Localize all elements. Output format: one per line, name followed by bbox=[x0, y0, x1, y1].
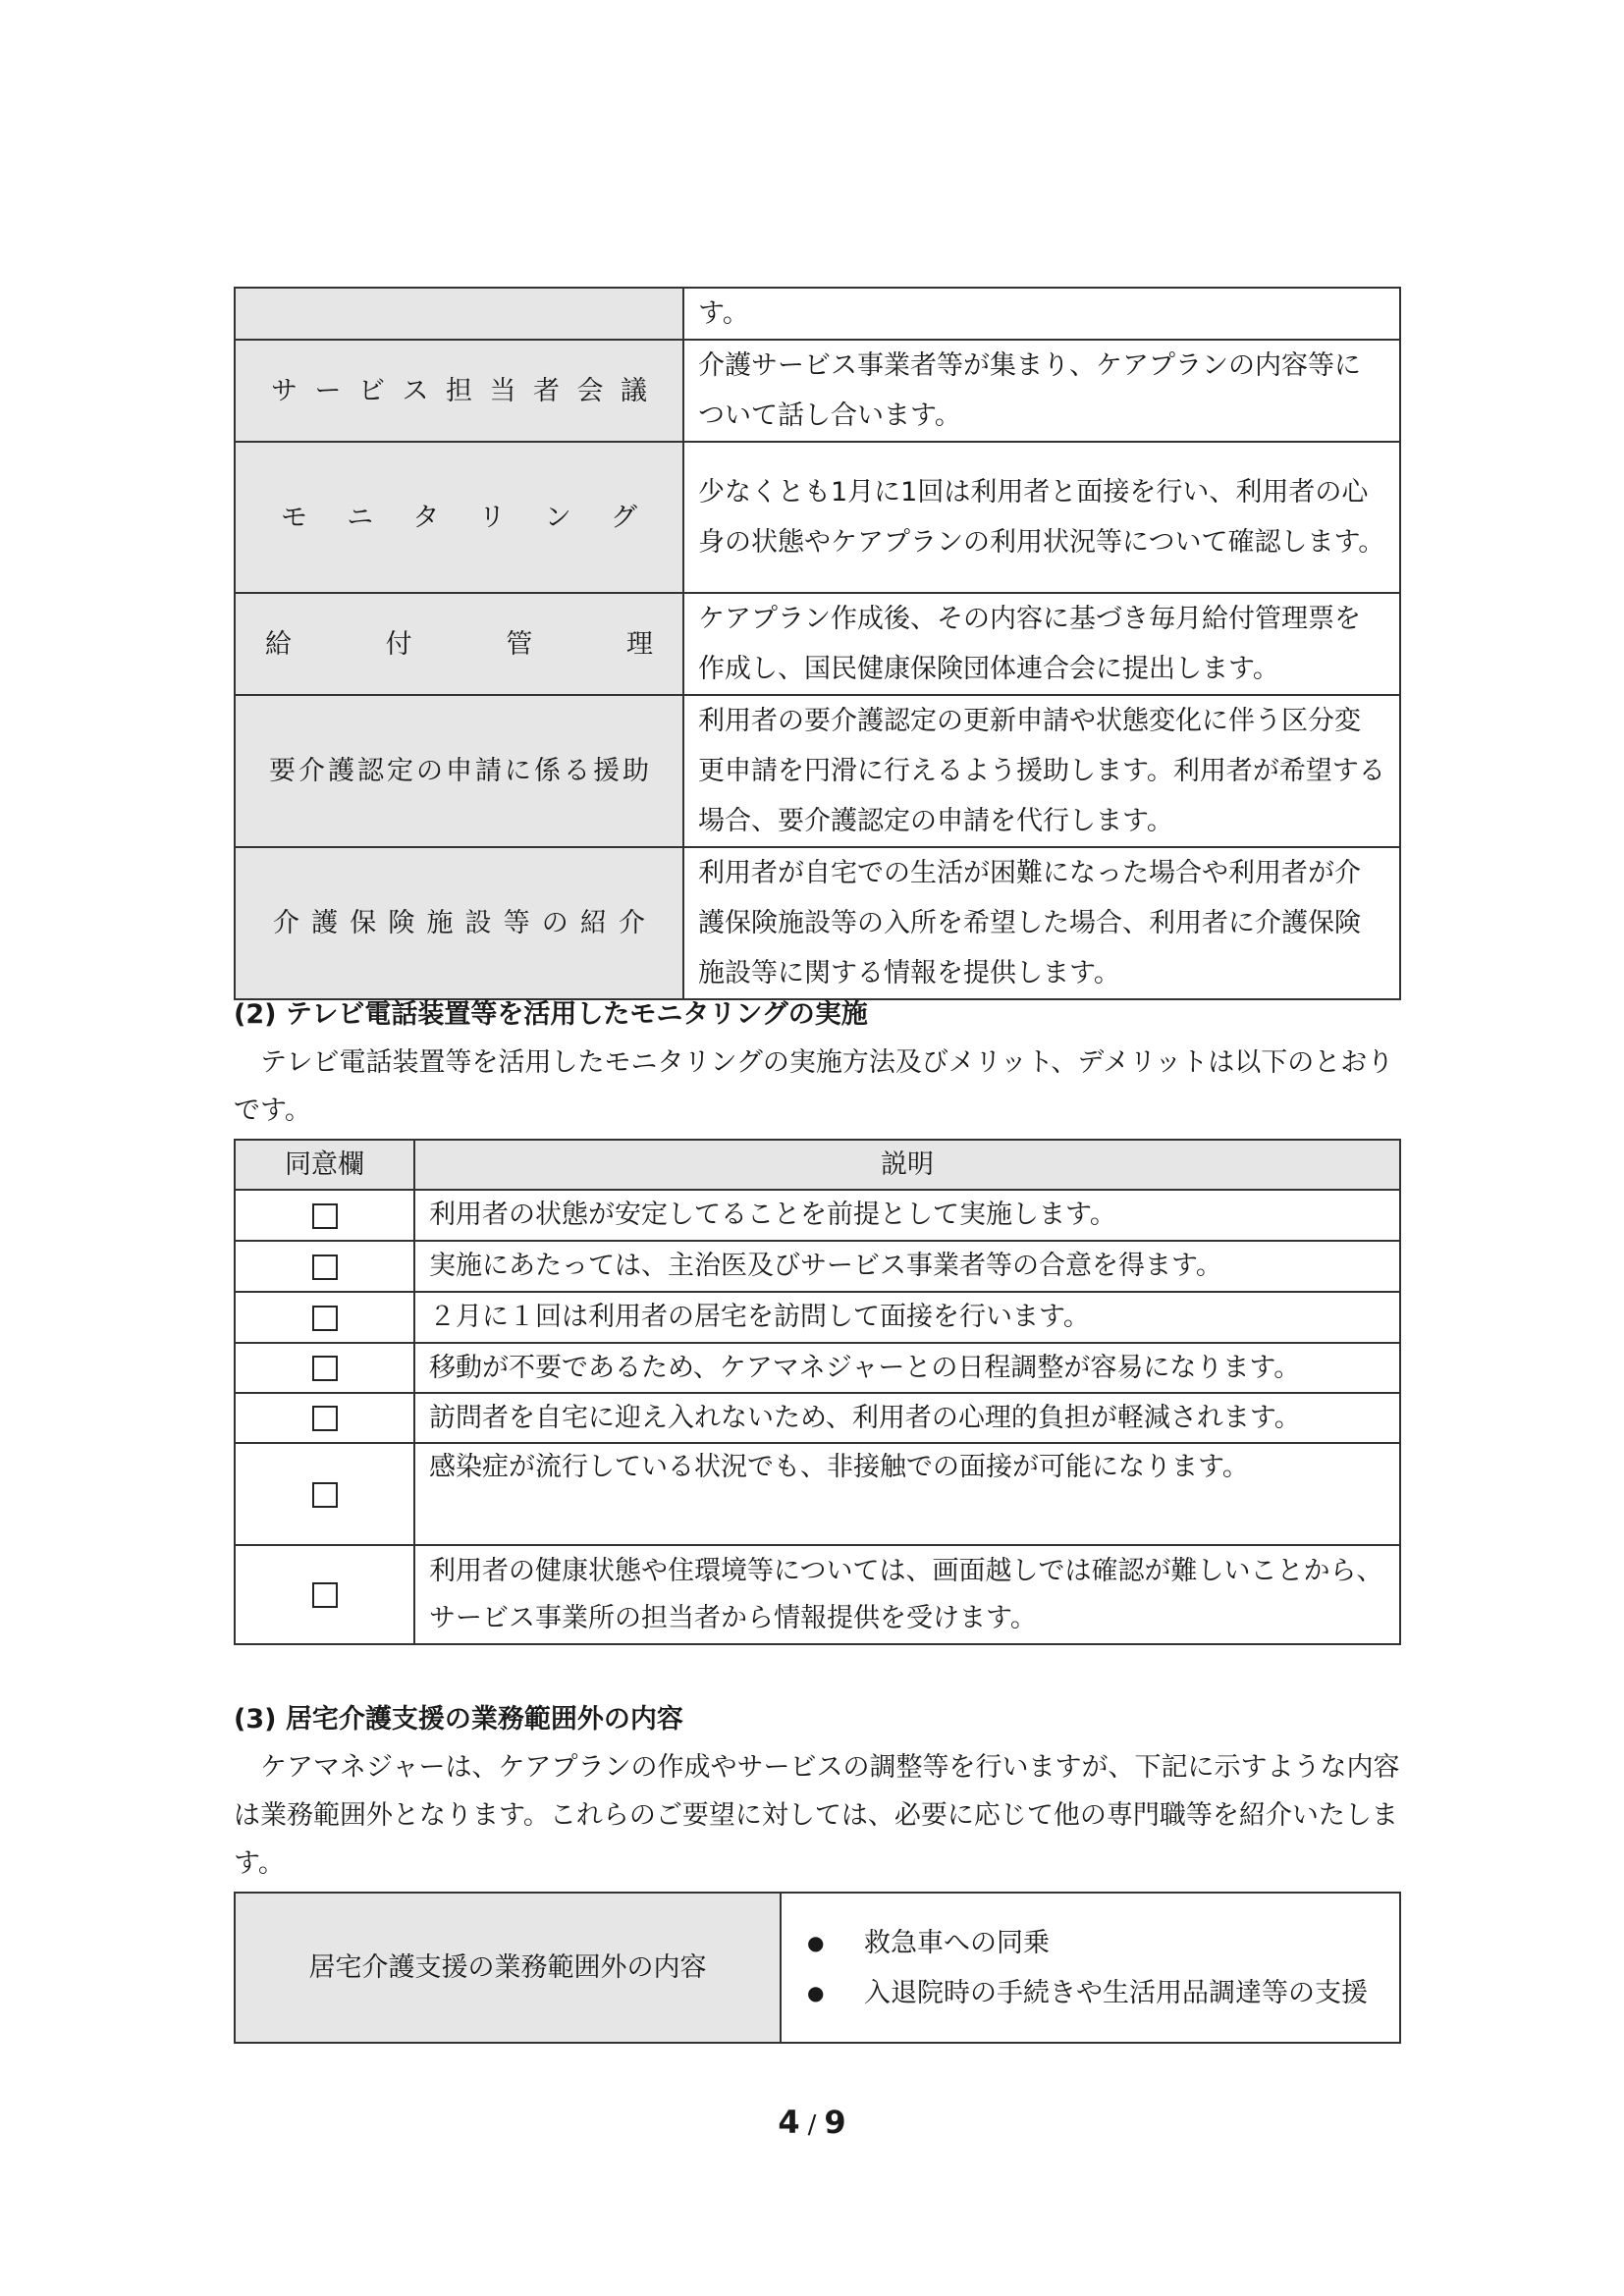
table-row: サービス担当者会議 介護サービス事業者等が集まり、ケアプランの内容等について話し… bbox=[235, 340, 1400, 442]
row-text: 介護サービス事業者等が集まり、ケアプランの内容等について話し合います。 bbox=[683, 340, 1400, 442]
row-text: 少なくとも1月に1回は利用者と面接を行い、利用者の心身の状態やケアプランの利用状… bbox=[683, 442, 1400, 593]
row-label: 給付管理 bbox=[235, 593, 683, 695]
consent-checkbox[interactable] bbox=[312, 1255, 338, 1280]
table-row: 実施にあたっては、主治医及びサービス事業者等の合意を得ます。 bbox=[235, 1241, 1400, 1292]
row-text: 利用者の要介護認定の更新申請や状態変化に伴う区分変更申請を円滑に行えるよう援助し… bbox=[683, 695, 1400, 847]
description-cell: 感染症が流行している状況でも、非接触での面接が可能になります。 bbox=[414, 1443, 1400, 1545]
consent-checkbox[interactable] bbox=[312, 1582, 338, 1608]
description-cell: 訪問者を自宅に迎え入れないため、利用者の心理的負担が軽減されます。 bbox=[414, 1393, 1400, 1443]
section-heading: (3) 居宅介護支援の業務範囲外の内容 bbox=[234, 1700, 683, 1739]
consent-checkbox[interactable] bbox=[312, 1406, 338, 1431]
bullet-icon: ● bbox=[807, 1918, 824, 1968]
document-page: す。 サービス担当者会議 介護サービス事業者等が集まり、ケアプランの内容等につい… bbox=[0, 0, 1624, 2296]
list-item: ● 入退院時の手続きや生活用品調達等の支援 bbox=[795, 1968, 1385, 2018]
page-number: 4/9 bbox=[0, 2104, 1624, 2141]
row-label: 要介護認定の申請に係る援助 bbox=[235, 695, 683, 847]
bullet-icon: ● bbox=[807, 1968, 824, 2018]
current-page: 4 bbox=[778, 2104, 799, 2141]
table-row: 訪問者を自宅に迎え入れないため、利用者の心理的負担が軽減されます。 bbox=[235, 1393, 1400, 1443]
table-row: す。 bbox=[235, 288, 1400, 340]
out-of-scope-list: ● 救急車への同乗 ● 入退院時の手続きや生活用品調達等の支援 bbox=[795, 1918, 1385, 2018]
table-row: 給付管理 ケアプラン作成後、その内容に基づき毎月給付管理票を作成し、国民健康保険… bbox=[235, 593, 1400, 695]
row-text: す。 bbox=[683, 288, 1400, 340]
description-cell: 移動が不要であるため、ケアマネジャーとの日程調整が容易になります。 bbox=[414, 1343, 1400, 1393]
row-label: モニタリング bbox=[235, 442, 683, 593]
label-monitoring: モニタリング bbox=[249, 493, 669, 543]
row-label bbox=[235, 288, 683, 340]
label-certification-assist: 要介護認定の申請に係る援助 bbox=[249, 746, 669, 796]
description-cell: 実施にあたっては、主治医及びサービス事業者等の合意を得ます。 bbox=[414, 1241, 1400, 1292]
consent-cell bbox=[235, 1190, 414, 1241]
consent-cell bbox=[235, 1443, 414, 1545]
table-row: 要介護認定の申請に係る援助 利用者の要介護認定の更新申請や状態変化に伴う区分変更… bbox=[235, 695, 1400, 847]
table-row: 利用者の健康状態や住環境等については、画面越しでは確認が難しいことから、サービス… bbox=[235, 1545, 1400, 1644]
consent-cell bbox=[235, 1343, 414, 1393]
consent-checkbox[interactable] bbox=[312, 1356, 338, 1381]
table-row: ２月に１回は利用者の居宅を訪問して面接を行います。 bbox=[235, 1292, 1400, 1343]
total-pages: 9 bbox=[824, 2104, 845, 2141]
care-services-table: す。 サービス担当者会議 介護サービス事業者等が集まり、ケアプランの内容等につい… bbox=[234, 287, 1401, 1000]
consent-cell bbox=[235, 1292, 414, 1343]
out-of-scope-table: 居宅介護支援の業務範囲外の内容 ● 救急車への同乗 ● 入退院時の手続きや生活用… bbox=[234, 1892, 1401, 2044]
column-header-description: 説明 bbox=[414, 1140, 1400, 1190]
description-cell: ２月に１回は利用者の居宅を訪問して面接を行います。 bbox=[414, 1292, 1400, 1343]
table-row: 感染症が流行している状況でも、非接触での面接が可能になります。 bbox=[235, 1443, 1400, 1545]
table-row: モニタリング 少なくとも1月に1回は利用者と面接を行い、利用者の心身の状態やケア… bbox=[235, 442, 1400, 593]
page-separator: / bbox=[808, 2110, 817, 2140]
table-row: 介護保険施設等の紹介 利用者が自宅での生活が困難になった場合や利用者が介護保険施… bbox=[235, 847, 1400, 999]
label-service-meeting: サービス担当者会議 bbox=[249, 366, 669, 416]
consent-cell bbox=[235, 1393, 414, 1443]
row-label: 介護保険施設等の紹介 bbox=[235, 847, 683, 999]
section-heading: (2) テレビ電話装置等を活用したモニタリングの実施 bbox=[234, 995, 868, 1035]
consent-table: 同意欄 説明 利用者の状態が安定してることを前提として実施します。 実施にあたっ… bbox=[234, 1139, 1401, 1645]
section-paragraph: ケアマネジャーは、ケアプランの作成やサービスの調整等を行いますが、下記に示すよう… bbox=[234, 1743, 1401, 1888]
consent-checkbox[interactable] bbox=[312, 1203, 338, 1229]
description-cell: 利用者の状態が安定してることを前提として実施します。 bbox=[414, 1190, 1400, 1241]
row-label: サービス担当者会議 bbox=[235, 340, 683, 442]
row-label: 居宅介護支援の業務範囲外の内容 bbox=[235, 1893, 781, 2043]
table-row: 居宅介護支援の業務範囲外の内容 ● 救急車への同乗 ● 入退院時の手続きや生活用… bbox=[235, 1893, 1400, 2043]
list-item: ● 救急車への同乗 bbox=[795, 1918, 1385, 1968]
description-cell: 利用者の健康状態や住環境等については、画面越しでは確認が難しいことから、サービス… bbox=[414, 1545, 1400, 1644]
consent-cell bbox=[235, 1241, 414, 1292]
out-of-scope-list-cell: ● 救急車への同乗 ● 入退院時の手続きや生活用品調達等の支援 bbox=[781, 1893, 1400, 2043]
table-row: 移動が不要であるため、ケアマネジャーとの日程調整が容易になります。 bbox=[235, 1343, 1400, 1393]
table-header-row: 同意欄 説明 bbox=[235, 1140, 1400, 1190]
column-header-consent: 同意欄 bbox=[235, 1140, 414, 1190]
consent-checkbox[interactable] bbox=[312, 1306, 338, 1331]
row-text: ケアプラン作成後、その内容に基づき毎月給付管理票を作成し、国民健康保険団体連合会… bbox=[683, 593, 1400, 695]
row-text: 利用者が自宅での生活が困難になった場合や利用者が介護保険施設等の入所を希望した場… bbox=[683, 847, 1400, 999]
table-row: 利用者の状態が安定してることを前提として実施します。 bbox=[235, 1190, 1400, 1241]
section-paragraph: テレビ電話装置等を活用したモニタリングの実施方法及びメリット、デメリットは以下の… bbox=[234, 1039, 1401, 1135]
consent-cell bbox=[235, 1545, 414, 1644]
consent-checkbox[interactable] bbox=[312, 1482, 338, 1508]
label-facility-referral: 介護保険施設等の紹介 bbox=[249, 898, 669, 948]
label-benefit-management: 給付管理 bbox=[249, 619, 669, 669]
